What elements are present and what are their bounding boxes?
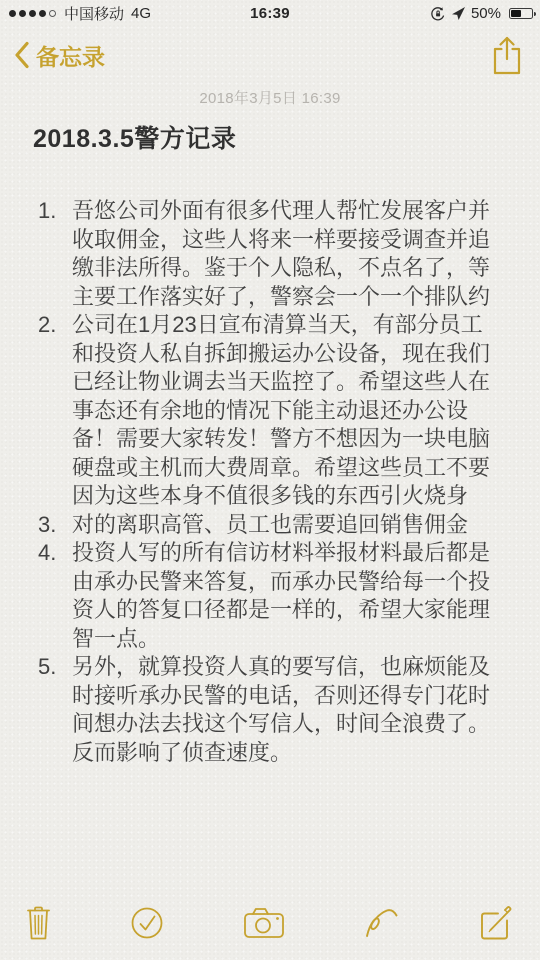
markup-button[interactable] bbox=[363, 907, 399, 939]
note-title[interactable]: 2018.3.5警方记录 bbox=[33, 119, 540, 155]
list-item-text[interactable]: 对的离职高管、员工也需要追回销售佣金 bbox=[72, 511, 498, 540]
compose-button[interactable] bbox=[478, 905, 512, 941]
signal-strength-icon bbox=[9, 10, 56, 17]
nav-bar: 备忘录 bbox=[0, 27, 540, 79]
carrier-label: 中国移动 bbox=[64, 3, 124, 24]
status-time: 16:39 bbox=[250, 5, 290, 22]
list-item-number: 3. bbox=[38, 511, 72, 540]
list-item-text[interactable]: 另外，就算投资人真的要写信，也麻烦能及时接听承办民警的电话，否则还得专门花时间想… bbox=[72, 653, 498, 767]
checklist-button[interactable] bbox=[130, 906, 164, 940]
back-button-label: 备忘录 bbox=[36, 39, 105, 72]
list-item-text[interactable]: 吾悠公司外面有很多代理人帮忙发展客户并收取佣金，这些人将来一样要接受调查并追缴非… bbox=[72, 197, 498, 311]
list-item: 5. 另外，就算投资人真的要写信，也麻烦能及时接听承办民警的电话，否则还得专门花… bbox=[0, 653, 540, 767]
list-item-text[interactable]: 投资人写的所有信访材料举报材料最后都是由承办民警来答复，而承办民警给每一个投资人… bbox=[72, 539, 498, 653]
list-item: 2. 公司在1月23日宣布清算当天，有部分员工和投资人私自拆卸搬运办公设备，现在… bbox=[0, 311, 540, 511]
compose-icon bbox=[478, 905, 512, 941]
location-arrow-icon bbox=[451, 6, 466, 21]
list-item-text[interactable]: 公司在1月23日宣布清算当天，有部分员工和投资人私自拆卸搬运办公设备，现在我们已… bbox=[72, 311, 498, 511]
note-list: 1. 吾悠公司外面有很多代理人帮忙发展客户并收取佣金，这些人将来一样要接受调查并… bbox=[0, 197, 540, 767]
battery-icon bbox=[509, 8, 533, 19]
list-item-number: 1. bbox=[38, 197, 72, 226]
list-item-number: 2. bbox=[38, 311, 72, 340]
markup-icon bbox=[363, 907, 399, 939]
note-timestamp: 2018年3月5日 16:39 bbox=[0, 87, 540, 108]
trash-icon bbox=[26, 905, 51, 941]
check-circle-icon bbox=[130, 906, 164, 940]
share-button[interactable] bbox=[490, 35, 524, 75]
back-button[interactable]: 备忘录 bbox=[14, 39, 105, 72]
battery-percent-label: 50% bbox=[471, 5, 501, 22]
note-editor[interactable]: 2018年3月5日 16:39 2018.3.5警方记录 1. 吾悠公司外面有很… bbox=[0, 79, 540, 767]
network-type-label: 4G bbox=[131, 5, 151, 22]
status-bar: 中国移动 4G 16:39 50% bbox=[0, 0, 540, 27]
bottom-toolbar bbox=[0, 898, 540, 960]
list-item-number: 4. bbox=[38, 539, 72, 568]
list-item: 1. 吾悠公司外面有很多代理人帮忙发展客户并收取佣金，这些人将来一样要接受调查并… bbox=[0, 197, 540, 311]
camera-icon bbox=[243, 907, 285, 939]
camera-button[interactable] bbox=[243, 907, 285, 939]
chevron-left-icon bbox=[14, 41, 29, 69]
list-item: 3. 对的离职高管、员工也需要追回销售佣金 bbox=[0, 511, 540, 540]
delete-note-button[interactable] bbox=[26, 905, 51, 941]
rotation-lock-icon bbox=[430, 6, 446, 22]
list-item-number: 5. bbox=[38, 653, 72, 682]
list-item: 4. 投资人写的所有信访材料举报材料最后都是由承办民警来答复，而承办民警给每一个… bbox=[0, 539, 540, 653]
share-icon bbox=[490, 35, 524, 75]
